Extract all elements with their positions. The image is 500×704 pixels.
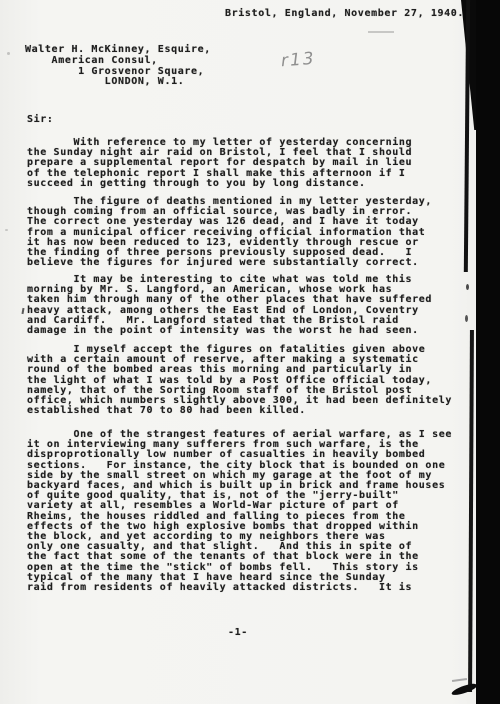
paragraph-2: The figure of deaths mentioned in my let… [27, 197, 432, 268]
stray-speck [7, 52, 10, 55]
handwritten-annotation: r13 [280, 49, 316, 71]
scan-edge-speck [466, 284, 469, 290]
recipient-address: Walter H. McKinney, Esquire, American Co… [25, 45, 211, 88]
scan-edge-background [476, 0, 500, 704]
stray-speck [5, 229, 8, 231]
page-number: -1- [0, 628, 476, 638]
scan-edge-speck [465, 315, 468, 322]
paragraph-1: With reference to my letter of yesterday… [27, 138, 412, 189]
salutation: Sir: [27, 115, 54, 125]
dateline: Bristol, England, November 27, 1940. [225, 9, 464, 19]
scan-edge-line-top [464, 0, 470, 272]
scan-edge-hook-mark [451, 682, 478, 697]
scanned-letter-page: Bristol, England, November 27, 1940. Wal… [0, 0, 500, 704]
pencil-squiggle-mark [452, 678, 467, 682]
paragraph-4: I myself accept the figures on fatalitie… [27, 345, 452, 416]
paragraph-5: One of the strangest features of aerial … [27, 430, 452, 593]
stray-ink-tick [21, 308, 24, 314]
paragraph-3: It may be interesting to cite what was t… [27, 275, 432, 336]
date-underline-mark [368, 31, 394, 33]
